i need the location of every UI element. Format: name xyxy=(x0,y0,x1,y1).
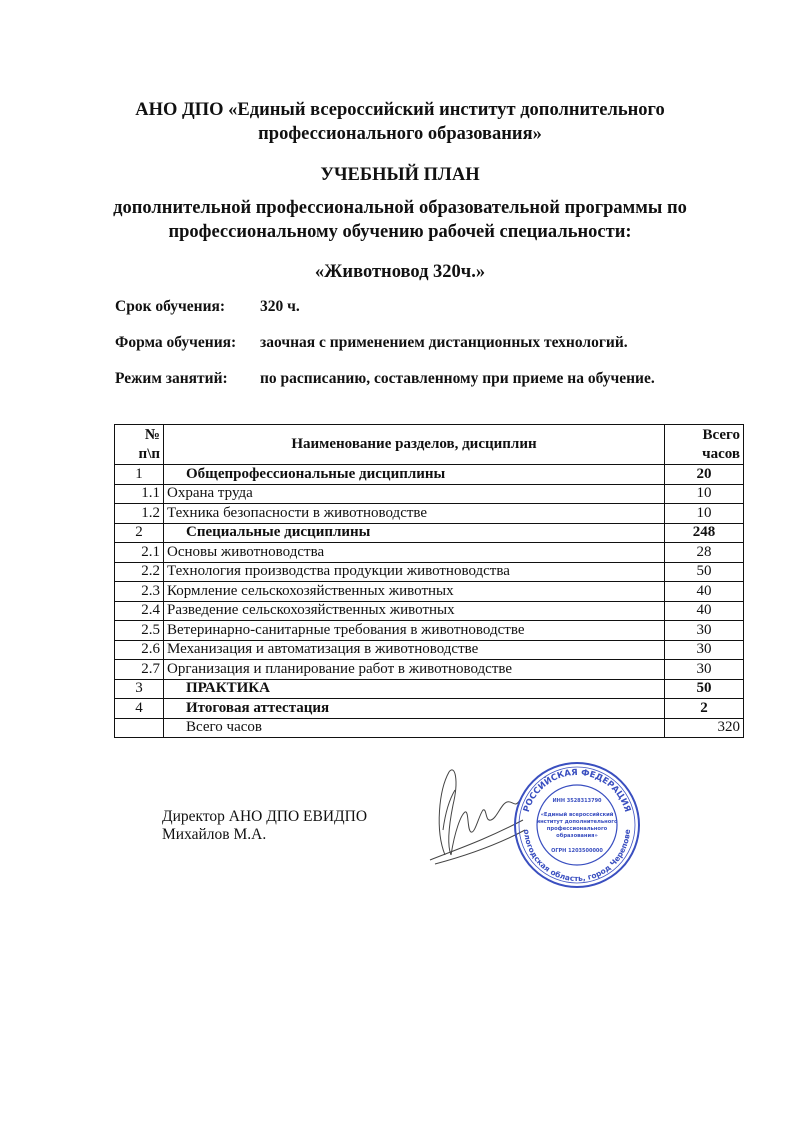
subtitle-line-1: дополнительной профессиональной образова… xyxy=(0,196,800,220)
table-header-row: № п\п Наименование разделов, дисциплин В… xyxy=(115,425,744,465)
svg-text:«Единый всероссийский: «Единый всероссийский xyxy=(541,811,614,818)
row-name: Ветеринарно-санитарные требования в живо… xyxy=(164,621,665,641)
row-name: Организация и планирование работ в живот… xyxy=(164,660,665,680)
duration-label: Срок обучения: xyxy=(115,297,260,317)
row-number: 2.6 xyxy=(115,640,164,660)
table-row: 4Итоговая аттестация2 xyxy=(115,699,744,719)
director-position: Директор АНО ДПО ЕВИДПО xyxy=(162,808,367,826)
document-subtitle: дополнительной профессиональной образова… xyxy=(0,196,800,244)
row-hours: 10 xyxy=(665,504,744,524)
svg-text:ИНН 3528313790: ИНН 3528313790 xyxy=(552,798,602,804)
director-name: Михайлов М.А. xyxy=(162,826,367,844)
table-row: 2.4Разведение сельскохозяйственных живот… xyxy=(115,601,744,621)
info-duration: Срок обучения:320 ч. xyxy=(115,297,300,317)
row-name: Всего часов xyxy=(164,718,665,738)
row-number: 2.2 xyxy=(115,562,164,582)
table-row: 2.7Организация и планирование работ в жи… xyxy=(115,660,744,680)
svg-text:институт дополнительного: институт дополнительного xyxy=(536,819,618,825)
curriculum-table: № п\п Наименование разделов, дисциплин В… xyxy=(114,424,744,738)
row-name: ПРАКТИКА xyxy=(164,679,665,699)
number-header-line-2: п\п xyxy=(118,445,160,464)
row-hours: 50 xyxy=(665,562,744,582)
row-number: 1.2 xyxy=(115,504,164,524)
row-name: Технология производства продукции животн… xyxy=(164,562,665,582)
table-row: 2.5Ветеринарно-санитарные требования в ж… xyxy=(115,621,744,641)
row-number: 2.4 xyxy=(115,601,164,621)
row-hours: 2 xyxy=(665,699,744,719)
document-title: УЧЕБНЫЙ ПЛАН xyxy=(0,163,800,187)
organization-line-1: АНО ДПО «Единый всероссийский институт д… xyxy=(0,98,800,122)
row-name: Основы животноводства xyxy=(164,543,665,563)
table-row: 2.2Технология производства продукции жив… xyxy=(115,562,744,582)
row-name: Специальные дисциплины xyxy=(164,523,665,543)
row-hours: 40 xyxy=(665,582,744,602)
row-name: Техника безопасности в животноводстве xyxy=(164,504,665,524)
column-header-number: № п\п xyxy=(115,425,164,465)
table-row: 3ПРАКТИКА50 xyxy=(115,679,744,699)
row-hours: 28 xyxy=(665,543,744,563)
info-mode: Режим занятий:по расписанию, составленно… xyxy=(115,369,655,389)
row-name: Общепрофессиональные дисциплины xyxy=(164,465,665,485)
row-hours: 30 xyxy=(665,621,744,641)
row-number: 2.7 xyxy=(115,660,164,680)
organization-name: АНО ДПО «Единый всероссийский институт д… xyxy=(0,98,800,146)
table-row: 1Общепрофессиональные дисциплины20 xyxy=(115,465,744,485)
table-row: 1.2Техника безопасности в животноводстве… xyxy=(115,504,744,524)
subtitle-line-2: профессиональному обучению рабочей специ… xyxy=(0,220,800,244)
info-form: Форма обучения:заочная с применением дис… xyxy=(115,333,628,353)
table-row: 1.1Охрана труда10 xyxy=(115,484,744,504)
table-row: 2.6Механизация и автоматизация в животно… xyxy=(115,640,744,660)
hours-header-line-1: Всего xyxy=(668,426,740,445)
row-number: 3 xyxy=(115,679,164,699)
row-hours: 30 xyxy=(665,660,744,680)
row-number: 2 xyxy=(115,523,164,543)
table-row: Всего часов320 xyxy=(115,718,744,738)
row-hours: 20 xyxy=(665,465,744,485)
row-name: Охрана труда xyxy=(164,484,665,504)
row-name: Механизация и автоматизация в животновод… xyxy=(164,640,665,660)
row-hours: 40 xyxy=(665,601,744,621)
mode-label: Режим занятий: xyxy=(115,369,260,389)
row-hours: 320 xyxy=(665,718,744,738)
svg-text:РОССИЙСКАЯ ФЕДЕРАЦИЯ: РОССИЙСКАЯ ФЕДЕРАЦИЯ xyxy=(522,768,632,814)
mode-value: по расписанию, составленному при приеме … xyxy=(260,370,655,387)
table-row: 2.3Кормление сельскохозяйственных животн… xyxy=(115,582,744,602)
duration-value: 320 ч. xyxy=(260,298,300,315)
row-hours: 50 xyxy=(665,679,744,699)
row-name: Разведение сельскохозяйственных животных xyxy=(164,601,665,621)
column-header-name: Наименование разделов, дисциплин xyxy=(164,425,665,465)
row-name: Кормление сельскохозяйственных животных xyxy=(164,582,665,602)
row-hours: 10 xyxy=(665,484,744,504)
row-number: 1 xyxy=(115,465,164,485)
table-row: 2.1Основы животноводства28 xyxy=(115,543,744,563)
row-hours: 248 xyxy=(665,523,744,543)
table-row: 2Специальные дисциплины248 xyxy=(115,523,744,543)
row-number xyxy=(115,718,164,738)
row-number: 2.5 xyxy=(115,621,164,641)
row-number: 4 xyxy=(115,699,164,719)
row-number: 2.3 xyxy=(115,582,164,602)
official-stamp-icon: РОССИЙСКАЯ ФЕДЕРАЦИЯ Вологодская область… xyxy=(512,760,642,890)
column-header-hours: Всего часов xyxy=(665,425,744,465)
organization-line-2: профессионального образования» xyxy=(0,122,800,146)
hours-header-line-2: часов xyxy=(668,445,740,464)
program-name: «Животновод 320ч.» xyxy=(0,260,800,284)
svg-text:профессионального: профессионального xyxy=(547,825,608,832)
row-number: 1.1 xyxy=(115,484,164,504)
svg-text:образования»: образования» xyxy=(556,832,598,839)
row-number: 2.1 xyxy=(115,543,164,563)
svg-text:ОГРН 1203500000: ОГРН 1203500000 xyxy=(551,848,603,854)
form-label: Форма обучения: xyxy=(115,333,260,353)
row-name: Итоговая аттестация xyxy=(164,699,665,719)
table-body: 1Общепрофессиональные дисциплины201.1Охр… xyxy=(115,465,744,738)
signature-block: Директор АНО ДПО ЕВИДПО Михайлов М.А. xyxy=(162,808,367,844)
row-hours: 30 xyxy=(665,640,744,660)
number-header-line-1: № xyxy=(118,426,160,445)
form-value: заочная с применением дистанционных техн… xyxy=(260,334,628,351)
